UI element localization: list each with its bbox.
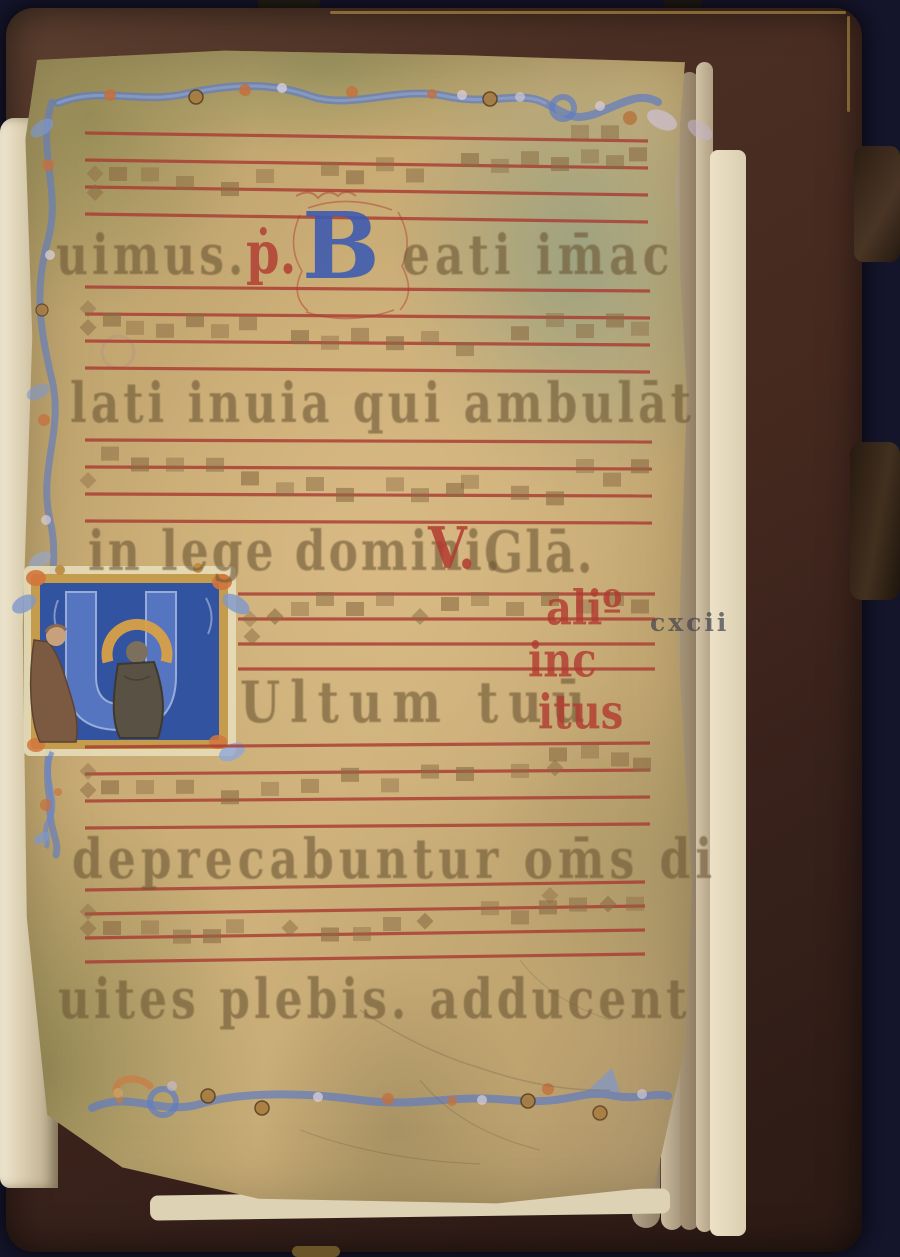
clasp-remnant-icon: [850, 442, 900, 600]
gold-trim-right: [847, 16, 850, 112]
psalm-mark: ṗ.: [246, 220, 296, 287]
margin-rubric-line-2: inc: [528, 632, 597, 688]
text-line-2: lati inuia qui ambulāt: [70, 372, 695, 436]
text-line-1-continuation: eati im̄ac: [402, 224, 674, 288]
flyleaf-sheet: [710, 150, 746, 1236]
text-line-5: deprecabuntur om̄s di: [72, 828, 717, 892]
photograph-of-illuminated-manuscript: uimus. ṗ. B eati im̄ac lati inuia qui am…: [0, 0, 900, 1257]
gloria-cue: Glā.: [484, 518, 595, 586]
blue-initial-B: B: [302, 200, 380, 292]
margin-rubric-line-3: itus: [538, 684, 623, 740]
text-line-1-end: uimus.: [56, 224, 247, 288]
text-line-6: uites plebis. adducent: [58, 968, 691, 1032]
clasp-remnant-icon: [854, 146, 900, 262]
binding-foot-icon: [292, 1246, 340, 1257]
gold-trim-top: [330, 11, 846, 14]
margin-rubric-line-1: aliº: [546, 580, 622, 636]
versicle-mark: V.: [428, 514, 475, 582]
folio-number: cxcii: [650, 608, 729, 637]
